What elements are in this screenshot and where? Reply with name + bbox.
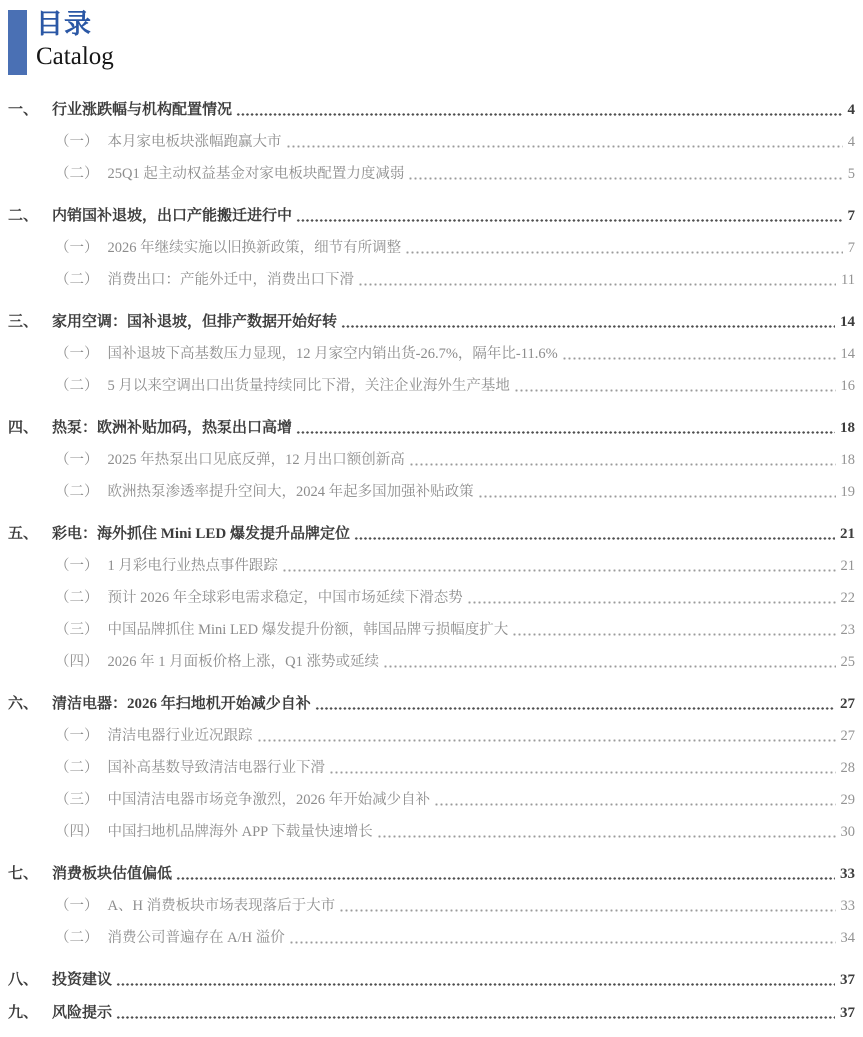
toc-sub-entry[interactable]: （二） 预计 2026 年全球彩电需求稳定，中国市场延续下滑态势 22 (8, 588, 855, 608)
toc-sub-entry[interactable]: （一） 本月家电板块涨幅跑赢大市 4 (8, 132, 855, 152)
toc-sub-entry[interactable]: （一） 清洁电器行业近况跟踪 27 (8, 726, 855, 746)
toc-entry-title: 2025 年热泵出口见底反弹，12 月出口额创新高 (108, 450, 405, 470)
toc-entry-page-number: 29 (841, 790, 856, 810)
toc-section-entry[interactable]: 七、 消费板块估值偏低 33 (8, 864, 855, 884)
toc-list: 一、 行业涨跌幅与机构配置情况 4 （一） 本月家电板块涨幅跑赢大市 4 （二）… (8, 100, 855, 1023)
toc-entry-title: 消费出口：产能外迁中，消费出口下滑 (108, 270, 355, 290)
toc-entry-page-number: 37 (840, 970, 855, 990)
toc-entry-number: （三） (55, 790, 99, 810)
toc-sub-entry[interactable]: （三） 中国清洁电器市场竞争激烈，2026 年开始减少自补 29 (8, 790, 855, 810)
dotted-leader (512, 620, 835, 640)
toc-entry-number: （二） (55, 588, 99, 608)
dotted-leader (405, 238, 843, 258)
dotted-leader (282, 556, 836, 576)
toc-entry-page-number: 28 (841, 758, 856, 778)
toc-entry-page-number: 4 (848, 100, 856, 120)
toc-entry-page-number: 22 (841, 588, 856, 608)
toc-entry-number: （三） (55, 620, 99, 640)
dotted-leader (286, 132, 843, 152)
toc-entry-title: 2026 年继续实施以旧换新政策，细节有所调整 (108, 238, 402, 258)
toc-entry-title: 中国清洁电器市场竞争激烈，2026 年开始减少自补 (108, 790, 431, 810)
toc-entry-number: （一） (55, 450, 99, 470)
dotted-leader (408, 164, 842, 184)
toc-section-entry[interactable]: 一、 行业涨跌幅与机构配置情况 4 (8, 100, 855, 120)
toc-sub-entry[interactable]: （一） 2026 年继续实施以旧换新政策，细节有所调整 7 (8, 238, 855, 258)
toc-entry-title: A、H 消费板块市场表现落后于大市 (108, 896, 336, 916)
accent-bar (8, 10, 27, 75)
toc-entry-number: 五、 (8, 524, 38, 544)
dotted-leader (354, 524, 835, 544)
toc-sub-entry[interactable]: （二） 欧洲热泵渗透率提升空间大，2024 年起多国加强补贴政策 19 (8, 482, 855, 502)
toc-entry-title: 5 月以来空调出口出货量持续同比下滑，关注企业海外生产基地 (108, 376, 510, 396)
toc-entry-number: （一） (55, 132, 99, 152)
toc-entry-number: （一） (55, 726, 99, 746)
toc-entry-title: 投资建议 (52, 970, 112, 990)
toc-entry-page-number: 25 (841, 652, 856, 672)
toc-sub-entry[interactable]: （二） 国补高基数导致清洁电器行业下滑 28 (8, 758, 855, 778)
dotted-leader (383, 652, 836, 672)
toc-section-entry[interactable]: 八、 投资建议 37 (8, 970, 855, 990)
toc-entry-page-number: 16 (841, 376, 856, 396)
toc-entry-number: 九、 (8, 1003, 38, 1023)
toc-entry-title: 内销国补退坡，出口产能搬迁进行中 (52, 206, 292, 226)
toc-sub-entry[interactable]: （四） 2026 年 1 月面板价格上涨，Q1 涨势或延续 25 (8, 652, 855, 672)
dotted-leader (478, 482, 836, 502)
toc-sub-entry[interactable]: （二） 消费公司普遍存在 A/H 溢价 34 (8, 928, 855, 948)
dotted-leader (116, 970, 835, 990)
toc-entry-number: （二） (55, 482, 99, 502)
toc-entry-page-number: 14 (841, 344, 856, 364)
dotted-leader (257, 726, 836, 746)
toc-section-entry[interactable]: 六、 清洁电器：2026 年扫地机开始减少自补 27 (8, 694, 855, 714)
toc-sub-entry[interactable]: （一） 1 月彩电行业热点事件跟踪 21 (8, 556, 855, 576)
dotted-leader (409, 450, 836, 470)
toc-entry-page-number: 33 (841, 896, 856, 916)
toc-sub-entry[interactable]: （一） A、H 消费板块市场表现落后于大市 33 (8, 896, 855, 916)
dotted-leader (116, 1003, 835, 1023)
toc-entry-title: 消费公司普遍存在 A/H 溢价 (108, 928, 285, 948)
dotted-leader (176, 864, 835, 884)
dotted-leader (562, 344, 836, 364)
toc-entry-title: 家用空调：国补退坡，但排产数据开始好转 (52, 312, 337, 332)
toc-entry-page-number: 18 (841, 450, 856, 470)
dotted-leader (296, 418, 835, 438)
toc-entry-page-number: 11 (841, 270, 855, 290)
toc-entry-number: （二） (55, 164, 99, 184)
document-page: 目录 Catalog 一、 行业涨跌幅与机构配置情况 4 （一） 本月家电板块涨… (0, 0, 863, 1037)
toc-entry-number: 六、 (8, 694, 38, 714)
toc-sub-entry[interactable]: （四） 中国扫地机品牌海外 APP 下载量快速增长 30 (8, 822, 855, 842)
dotted-leader (289, 928, 836, 948)
toc-entry-page-number: 21 (841, 556, 856, 576)
dotted-leader (434, 790, 835, 810)
toc-entry-page-number: 5 (848, 164, 855, 184)
toc-entry-page-number: 18 (840, 418, 855, 438)
catalog-title-en: Catalog (36, 43, 114, 72)
toc-entry-page-number: 14 (840, 312, 855, 332)
toc-sub-entry[interactable]: （一） 2025 年热泵出口见底反弹，12 月出口额创新高 18 (8, 450, 855, 470)
toc-entry-number: （一） (55, 344, 99, 364)
catalog-title-cn: 目录 (36, 10, 114, 40)
dotted-leader (377, 822, 836, 842)
toc-entry-page-number: 7 (848, 238, 855, 258)
toc-entry-number: （一） (55, 238, 99, 258)
toc-entry-page-number: 23 (841, 620, 856, 640)
toc-section-entry[interactable]: 二、 内销国补退坡，出口产能搬迁进行中 7 (8, 206, 855, 226)
toc-entry-title: 清洁电器：2026 年扫地机开始减少自补 (52, 694, 311, 714)
toc-entry-page-number: 37 (840, 1003, 855, 1023)
dotted-leader (329, 758, 836, 778)
toc-entry-number: （二） (55, 376, 99, 396)
toc-section-entry[interactable]: 三、 家用空调：国补退坡，但排产数据开始好转 14 (8, 312, 855, 332)
toc-entry-title: 行业涨跌幅与机构配置情况 (52, 100, 232, 120)
toc-sub-entry[interactable]: （一） 国补退坡下高基数压力显现，12 月家空内销出货-26.7%，隔年比-11… (8, 344, 855, 364)
toc-entry-title: 中国扫地机品牌海外 APP 下载量快速增长 (108, 822, 373, 842)
dotted-leader (341, 312, 835, 332)
toc-section-entry[interactable]: 五、 彩电：海外抓住 Mini LED 爆发提升品牌定位 21 (8, 524, 855, 544)
toc-entry-title: 预计 2026 年全球彩电需求稳定，中国市场延续下滑态势 (108, 588, 463, 608)
toc-entry-number: 二、 (8, 206, 38, 226)
toc-entry-number: （四） (55, 652, 99, 672)
dotted-leader (467, 588, 836, 608)
toc-section-entry[interactable]: 四、 热泵：欧洲补贴加码，热泵出口高增 18 (8, 418, 855, 438)
toc-entry-title: 清洁电器行业近况跟踪 (108, 726, 253, 746)
toc-entry-page-number: 27 (841, 726, 856, 746)
toc-entry-number: 七、 (8, 864, 38, 884)
toc-entry-title: 欧洲热泵渗透率提升空间大，2024 年起多国加强补贴政策 (108, 482, 474, 502)
dotted-leader (339, 896, 835, 916)
toc-entry-number: （四） (55, 822, 99, 842)
toc-entry-page-number: 30 (841, 822, 856, 842)
dotted-leader (514, 376, 836, 396)
toc-entry-title: 中国品牌抓住 Mini LED 爆发提升份额，韩国品牌亏损幅度扩大 (108, 620, 509, 640)
toc-entry-page-number: 7 (848, 206, 856, 226)
toc-sub-entry[interactable]: （二） 25Q1 起主动权益基金对家电板块配置力度减弱 5 (8, 164, 855, 184)
toc-entry-page-number: 33 (840, 864, 855, 884)
toc-entry-title: 消费板块估值偏低 (52, 864, 172, 884)
dotted-leader (236, 100, 842, 120)
toc-entry-title: 风险提示 (52, 1003, 112, 1023)
toc-entry-number: 一、 (8, 100, 38, 120)
catalog-titles: 目录 Catalog (36, 10, 114, 75)
toc-sub-entry[interactable]: （二） 消费出口：产能外迁中，消费出口下滑 11 (8, 270, 855, 290)
toc-entry-title: 国补高基数导致清洁电器行业下滑 (108, 758, 326, 778)
toc-entry-title: 彩电：海外抓住 Mini LED 爆发提升品牌定位 (52, 524, 350, 544)
toc-entry-title: 热泵：欧洲补贴加码，热泵出口高增 (52, 418, 292, 438)
toc-entry-title: 2026 年 1 月面板价格上涨，Q1 涨势或延续 (108, 652, 379, 672)
toc-entry-page-number: 4 (848, 132, 855, 152)
toc-entry-number: （二） (55, 928, 99, 948)
toc-entry-page-number: 34 (841, 928, 856, 948)
dotted-leader (358, 270, 836, 290)
toc-entry-number: 八、 (8, 970, 38, 990)
toc-entry-number: 四、 (8, 418, 38, 438)
toc-entry-title: 25Q1 起主动权益基金对家电板块配置力度减弱 (108, 164, 405, 184)
toc-entry-number: （一） (55, 896, 99, 916)
catalog-header: 目录 Catalog (8, 10, 855, 75)
toc-entry-title: 国补退坡下高基数压力显现，12 月家空内销出货-26.7%，隔年比-11.6% (108, 344, 558, 364)
toc-entry-title: 本月家电板块涨幅跑赢大市 (108, 132, 282, 152)
dotted-leader (315, 694, 835, 714)
toc-sub-entry[interactable]: （二） 5 月以来空调出口出货量持续同比下滑，关注企业海外生产基地 16 (8, 376, 855, 396)
toc-section-entry[interactable]: 九、 风险提示 37 (8, 1003, 855, 1023)
toc-entry-number: （二） (55, 270, 99, 290)
toc-sub-entry[interactable]: （三） 中国品牌抓住 Mini LED 爆发提升份额，韩国品牌亏损幅度扩大 23 (8, 620, 855, 640)
toc-entry-page-number: 19 (841, 482, 856, 502)
toc-entry-number: 三、 (8, 312, 38, 332)
toc-entry-number: （二） (55, 758, 99, 778)
dotted-leader (296, 206, 842, 226)
toc-entry-page-number: 27 (840, 694, 855, 714)
toc-entry-title: 1 月彩电行业热点事件跟踪 (108, 556, 278, 576)
toc-entry-number: （一） (55, 556, 99, 576)
toc-entry-page-number: 21 (840, 524, 855, 544)
